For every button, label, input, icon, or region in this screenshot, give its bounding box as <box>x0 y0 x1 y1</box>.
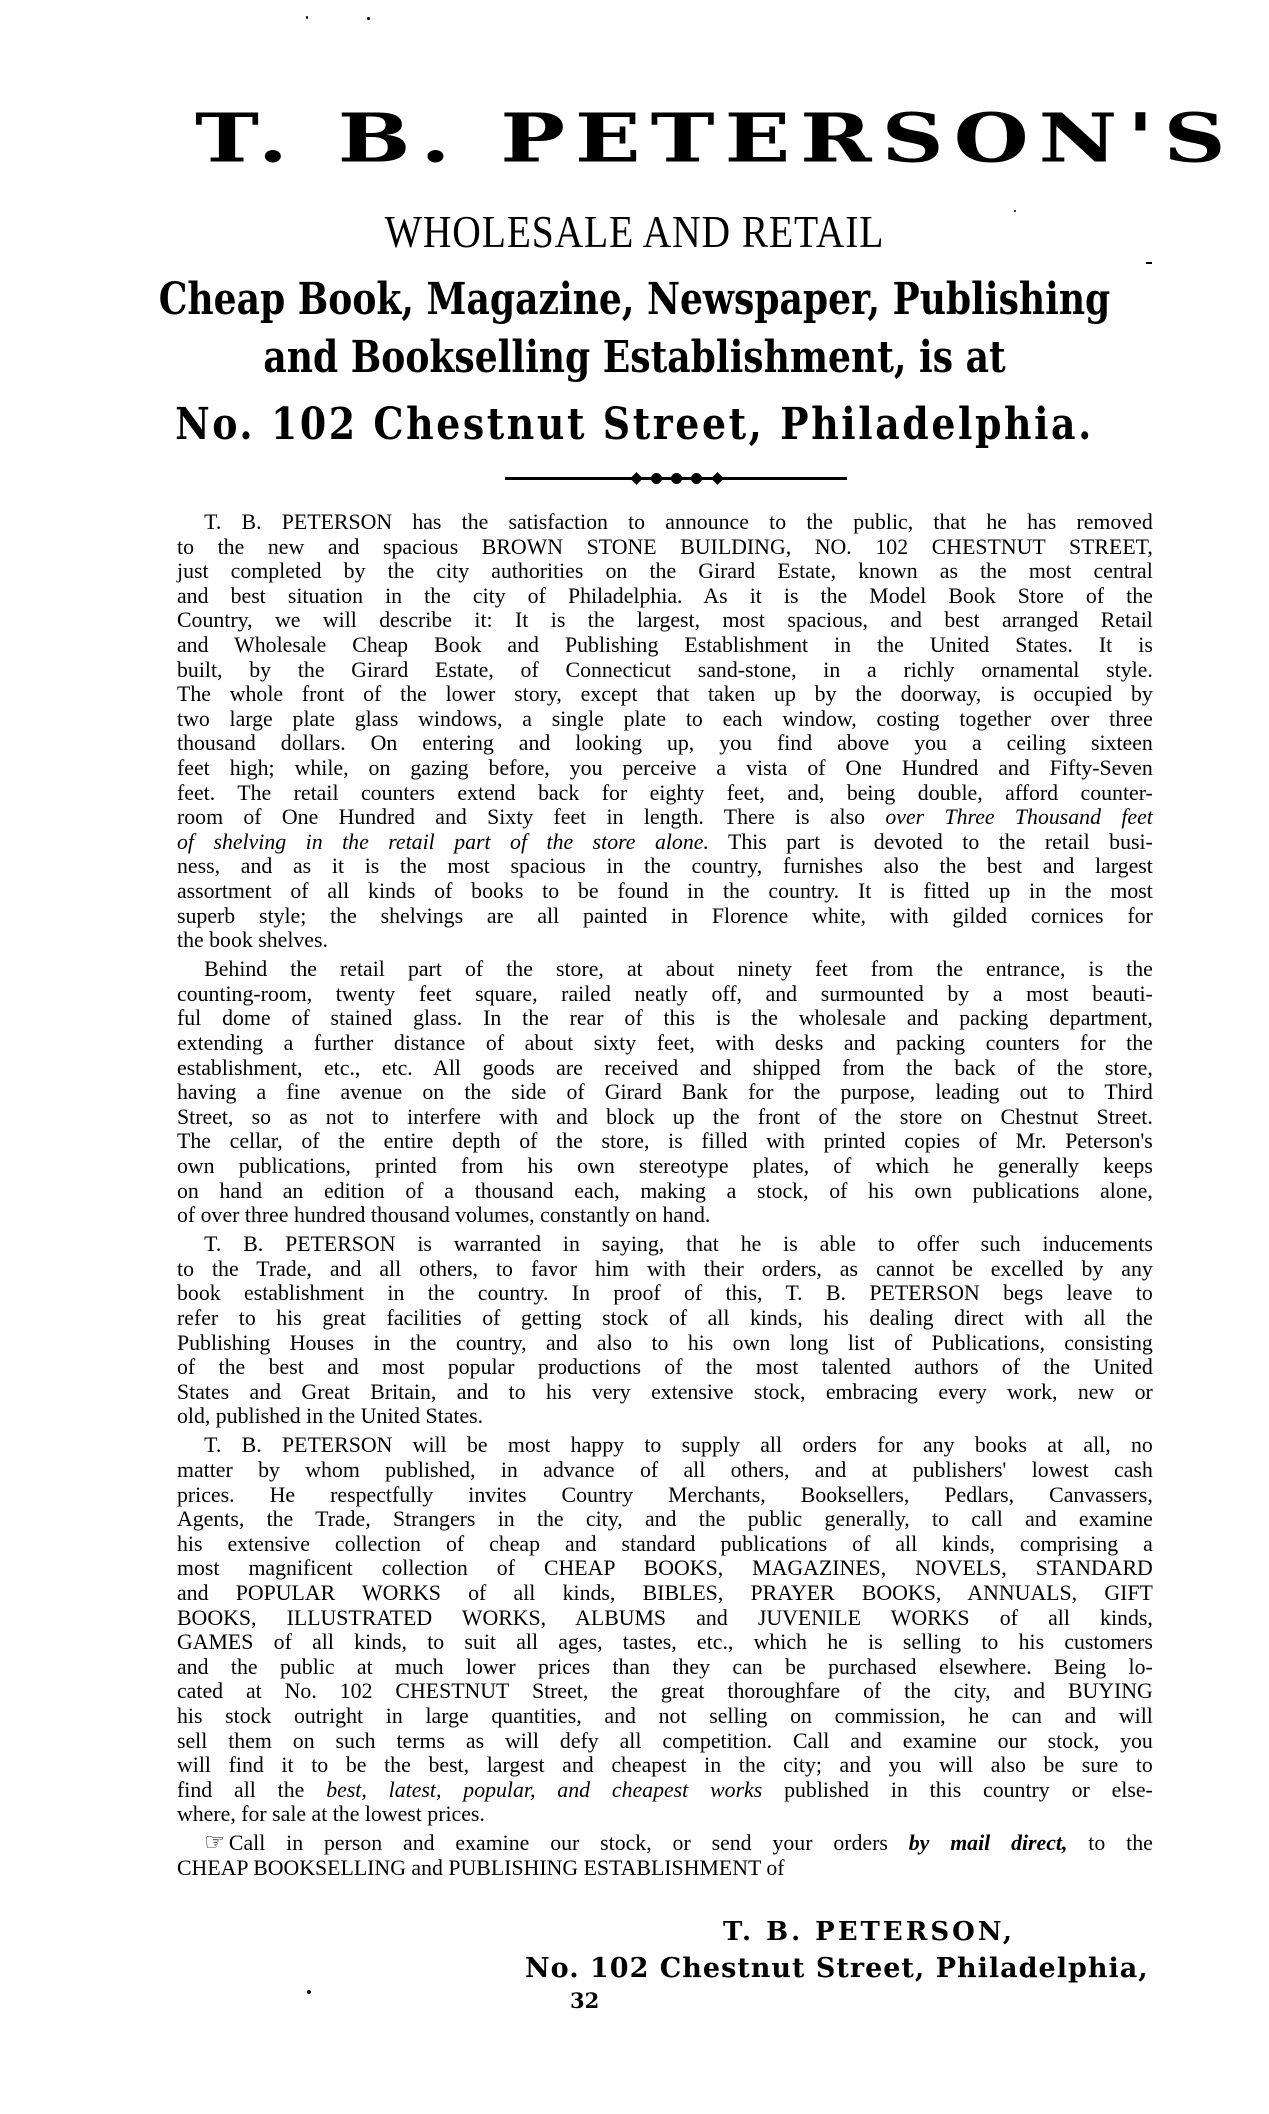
text-line: will find it to be the best, largest and… <box>177 1753 1153 1778</box>
business-description-line-2: and Bookselling Establishment, is at <box>114 330 1155 386</box>
text-line: Agents, the Trade, Strangers in the city… <box>177 1507 1153 1532</box>
business-description-line-1: Cheap Book, Magazine, Newspaper, Publish… <box>114 272 1155 328</box>
text-line: to the Trade, and all others, to favor h… <box>177 1257 1153 1282</box>
text-line: room of One Hundred and Sixty feet in le… <box>177 805 1153 830</box>
text-line: Publishing Houses in the country, and al… <box>177 1331 1153 1356</box>
signature-address: No. 102 Chestnut Street, Philadelphia, <box>525 1953 1149 1985</box>
text-line: just completed by the city authorities o… <box>177 559 1153 584</box>
text-line: feet. The retail counters extend back fo… <box>177 781 1153 806</box>
text-line: cated at No. 102 CHESTNUT Street, the gr… <box>177 1679 1153 1704</box>
subtitle: WHOLESALE AND RETAIL <box>89 208 1180 256</box>
text-line: Country, we will describe it: It is the … <box>177 608 1153 633</box>
paragraph: T. B. PETERSON is warranted in saying, t… <box>177 1232 1183 1429</box>
paragraph: T. B. PETERSON will be most happy to sup… <box>177 1433 1183 1827</box>
text-line: T. B. PETERSON is warranted in saying, t… <box>177 1232 1153 1257</box>
text-line: assortment of all kinds of books to be f… <box>177 879 1153 904</box>
text-line: most magnificent collection of CHEAP BOO… <box>177 1556 1153 1581</box>
text-line: extending a further distance of about si… <box>177 1031 1153 1056</box>
text-line: thousand dollars. On entering and lookin… <box>177 731 1153 756</box>
print-speck <box>307 1990 311 1994</box>
text-line: and Wholesale Cheap Book and Publishing … <box>177 633 1153 658</box>
text-line: to the new and spacious BROWN STONE BUIL… <box>177 535 1153 560</box>
text-line: establishment, etc., etc. All goods are … <box>177 1056 1153 1081</box>
text-line: having a fine avenue on the side of Gira… <box>177 1080 1153 1105</box>
text-line: The cellar, of the entire depth of the s… <box>177 1129 1153 1154</box>
text-line: the book shelves. <box>177 928 1153 953</box>
text-line: counting-room, twenty feet square, raile… <box>177 982 1153 1007</box>
page-number: 32 <box>570 1989 599 2013</box>
text-line: two large plate glass windows, a single … <box>177 707 1153 732</box>
text-line: refer to his great facilities of getting… <box>177 1306 1153 1331</box>
text-line: sell them on such terms as will defy all… <box>177 1729 1153 1754</box>
pointing-hand-icon: ☞ <box>204 1830 225 1856</box>
text-line: built, by the Girard Estate, of Connecti… <box>177 658 1153 683</box>
text-line: old, published in the United States. <box>177 1404 1153 1429</box>
closing-line-2: CHEAP BOOKSELLING and PUBLISHING ESTABLI… <box>177 1856 1153 1881</box>
text-line: on hand an edition of a thousand each, m… <box>177 1179 1153 1204</box>
closing-paragraph: ☞Call in person and examine our stock, o… <box>177 1831 1183 1880</box>
closing-line-1: ☞Call in person and examine our stock, o… <box>177 1831 1153 1856</box>
body-text: T. B. PETERSON has the satisfaction to a… <box>177 510 1183 1885</box>
text-line: BOOKS, ILLUSTRATED WORKS, ALBUMS and JUV… <box>177 1606 1153 1631</box>
header-address: No. 102 Chestnut Street, Philadelphia. <box>89 398 1180 452</box>
text-line: ness, and as it is the most spacious in … <box>177 854 1153 879</box>
text-line: T. B. PETERSON will be most happy to sup… <box>177 1433 1153 1458</box>
text-line: States and Great Britain, and to his ver… <box>177 1380 1153 1405</box>
text-line: own publications, printed from his own s… <box>177 1154 1153 1179</box>
text-line: Behind the retail part of the store, at … <box>177 957 1153 982</box>
page-title: T. B. PETERSON'S <box>195 104 1125 174</box>
text-line: The whole front of the lower story, exce… <box>177 682 1153 707</box>
text-line: GAMES of all kinds, to suit all ages, ta… <box>177 1630 1153 1655</box>
text-line: Street, so as not to interfere with and … <box>177 1105 1153 1130</box>
text-line: where, for sale at the lowest prices. <box>177 1802 1153 1827</box>
text-line: superb style; the shelvings are all pain… <box>177 904 1153 929</box>
paragraph: Behind the retail part of the store, at … <box>177 957 1183 1228</box>
text-line: and the public at much lower prices than… <box>177 1655 1153 1680</box>
paragraph: T. B. PETERSON has the satisfaction to a… <box>177 510 1183 953</box>
text-line: book establishment in the country. In pr… <box>177 1281 1153 1306</box>
print-speck <box>306 16 308 19</box>
text-line: of over three hundred thousand volumes, … <box>177 1203 1153 1228</box>
text-line: of the best and most popular productions… <box>177 1355 1153 1380</box>
text-line: prices. He respectfully invites Country … <box>177 1483 1153 1508</box>
text-line: and best situation in the city of Philad… <box>177 584 1153 609</box>
text-line: of shelving in the retail part of the st… <box>177 830 1153 855</box>
text-line: find all the best, latest, popular, and … <box>177 1778 1153 1803</box>
text-line: feet high; while, on gazing before, you … <box>177 756 1153 781</box>
print-speck <box>367 17 370 20</box>
text-line: ful dome of stained glass. In the rear o… <box>177 1006 1153 1031</box>
signature-name: T. B. PETERSON, <box>723 1918 1015 1946</box>
text-line: and POPULAR WORKS of all kinds, BIBLES, … <box>177 1581 1153 1606</box>
print-speck <box>1146 262 1152 264</box>
text-line: matter by whom published, in advance of … <box>177 1458 1153 1483</box>
text-line: his stock outright in large quantities, … <box>177 1704 1153 1729</box>
text-line: T. B. PETERSON has the satisfaction to a… <box>177 510 1153 535</box>
text-line: his extensive collection of cheap and st… <box>177 1532 1153 1557</box>
